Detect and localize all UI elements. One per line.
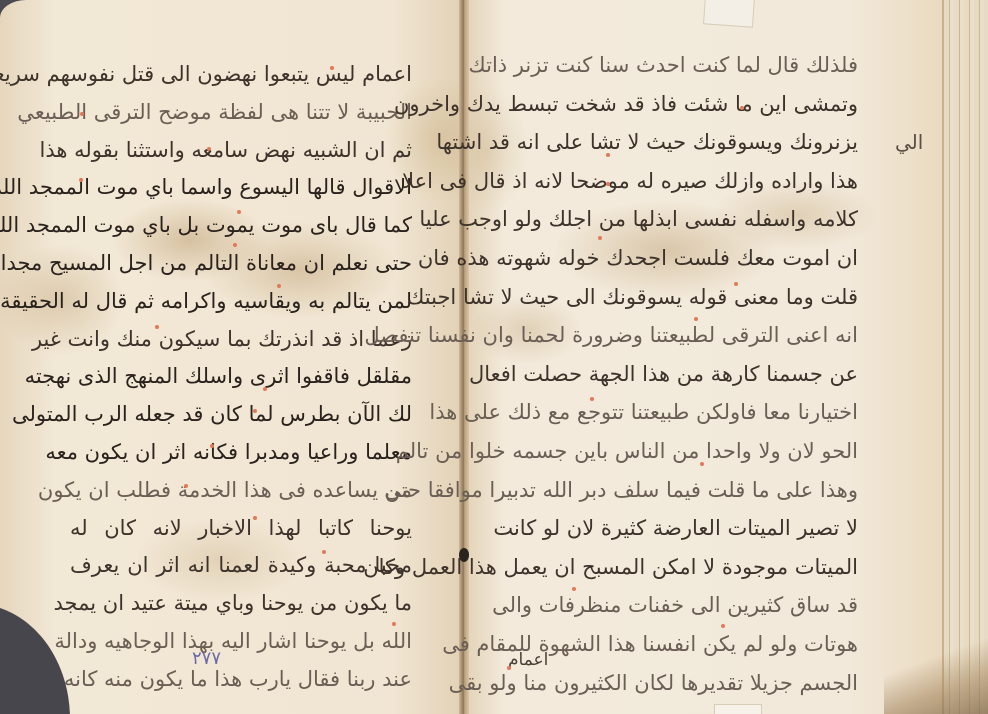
manuscript-spread: اعمام ليس يتبعوا نهضون الى قتل نفوسهم سر… (0, 0, 988, 714)
text-line: الجسم جزيلا تقديرها لكان الكثيرون منا ول… (510, 664, 858, 703)
text-line: كما قال باى موت يموت بل باي موت الممجد ا… (70, 207, 412, 245)
text-line: الحبيبة لا تتنا هى لفظة موضح الترقى الطب… (70, 94, 412, 132)
rubric-dot (734, 282, 738, 286)
text-line: لك الآن بطرس لما كان قد جعله الرب المتول… (70, 396, 412, 434)
text-line: اعمام ليس يتبعوا نهضون الى قتل نفوسهم سر… (70, 56, 412, 94)
rubric-dot (253, 516, 257, 520)
rubric-dot (253, 409, 257, 413)
rubric-dot (322, 550, 326, 554)
rubric-dot (606, 182, 610, 186)
rubric-dot (184, 484, 188, 488)
text-line: الاقوال قالها اليسوع واسما باي موت الممج… (70, 169, 412, 207)
rubric-dot (572, 587, 576, 591)
folio-number: ٢٧٧ (192, 648, 221, 669)
text-line: فلذلك قال لما كنت احدث سنا كنت تزنر ذاتك (510, 46, 858, 85)
rubric-dot (80, 112, 84, 116)
rubric-dot (233, 243, 237, 247)
text-line: ما يكون من يوحنا وباي ميتة عتيد ان يمجد (70, 585, 412, 623)
text-line: ان اموت معك فلست اجحدك خوله شهوته هذه فا… (510, 239, 858, 278)
text-line: وتمشى اين ما شئت فاذ قد شخت تبسط يدك واخ… (510, 85, 858, 124)
rubric-dot (207, 147, 211, 151)
text-line: حتى نعلم ان معاناة التالم من اجل المسيح … (70, 245, 412, 283)
rubric-dot (263, 387, 267, 391)
text-line: عند ربنا فقال يارب هذا ما يكون منه كانه (70, 661, 412, 699)
rubric-dot (277, 284, 281, 288)
rubric-dot (155, 325, 159, 329)
text-line: اختيارنا معا فاولكن طبيعتنا تتوجع مع ذلك… (510, 393, 858, 432)
left-page-text: اعمام ليس يتبعوا نهضون الى قتل نفوسهم سر… (70, 56, 412, 699)
text-line: وهذا على ما قلت فيما سلف دبر الله تدبيرا… (510, 471, 858, 510)
rubric-dot (606, 153, 610, 157)
rubric-dot (507, 666, 511, 670)
text-line: عن جسمنا كارهة من هذا الجهة حصلت افعال (510, 355, 858, 394)
text-line: الله بل يوحنا اشار اليه بهذا الوجاهيه ود… (70, 623, 412, 661)
text-line: هوتات ولو لم يكن انفسنا هذا الشهوة للمقا… (510, 625, 858, 664)
text-line: يزنرونك ويسوقونك حيث لا تشا على انه قد ا… (510, 123, 858, 162)
text-line: من يساعده فى هذا الخدمة فطلب ان يكون (70, 472, 412, 510)
paper-tab-top (703, 0, 755, 28)
rubric-dot (392, 622, 396, 626)
catchword: اعمام (508, 650, 548, 670)
text-line: محبا محبة وكيدة لعمنا انه اثر ان يعرف (70, 547, 412, 585)
text-line: الحو لان ولا واحدا من الناس باين جسمه خل… (510, 432, 858, 471)
text-line: زعما اذ قد انذرتك بما سيكون منك وانت غير (70, 321, 412, 359)
text-line: الميتات موجودة لا امكن المسبح ان يعمل هذ… (510, 548, 858, 587)
rubric-dot (700, 462, 704, 466)
right-page-text: فلذلك قال لما كنت احدث سنا كنت تزنر ذاتك… (510, 46, 858, 702)
rubric-dot (79, 178, 83, 182)
text-line: هذا واراده وازلك صيره له موضحا لانه اذ ق… (510, 162, 858, 201)
text-line: انه اعنى الترقى لطبيعتنا وضرورة لحمنا وا… (510, 316, 858, 355)
rubric-dot (590, 397, 594, 401)
text-line: كلامه واسفله نفسى ابذلها من اجلك ولو اوج… (510, 200, 858, 239)
text-line: معلما وراعيا ومدبرا فكانه اثر ان يكون مع… (70, 434, 412, 472)
rubric-dot (721, 624, 725, 628)
rubric-dot (237, 210, 241, 214)
margin-note: الي (895, 130, 923, 154)
text-line: لا تصير الميتات العارضة كثيرة لان لو كان… (510, 509, 858, 548)
text-line: ثم ان الشبيه نهض سامعه واستثنا بقوله هذا (70, 132, 412, 170)
text-line: قلت وما معنى قوله يسوقونك الى حيث لا تشا… (510, 278, 858, 317)
rubric-dot (210, 444, 214, 448)
page-edge-stack (942, 0, 988, 714)
text-line: مقلقل فاقفوا اثرى واسلك المنهج الذى نهجت… (70, 358, 412, 396)
text-line: قد ساق كثيرين الى خفنات منظرفات والى (510, 586, 858, 625)
rubric-dot (694, 317, 698, 321)
text-line: لمن يتالم به ويقاسيه واكرامه ثم قال له ا… (70, 283, 412, 321)
rubric-dot (598, 236, 602, 240)
rubric-dot (740, 106, 744, 110)
paper-tab-bottom (714, 704, 762, 714)
rubric-dot (330, 66, 334, 70)
text-line: يوحنا كاتبا لهذا الاخبار لانه كان له (70, 510, 412, 548)
